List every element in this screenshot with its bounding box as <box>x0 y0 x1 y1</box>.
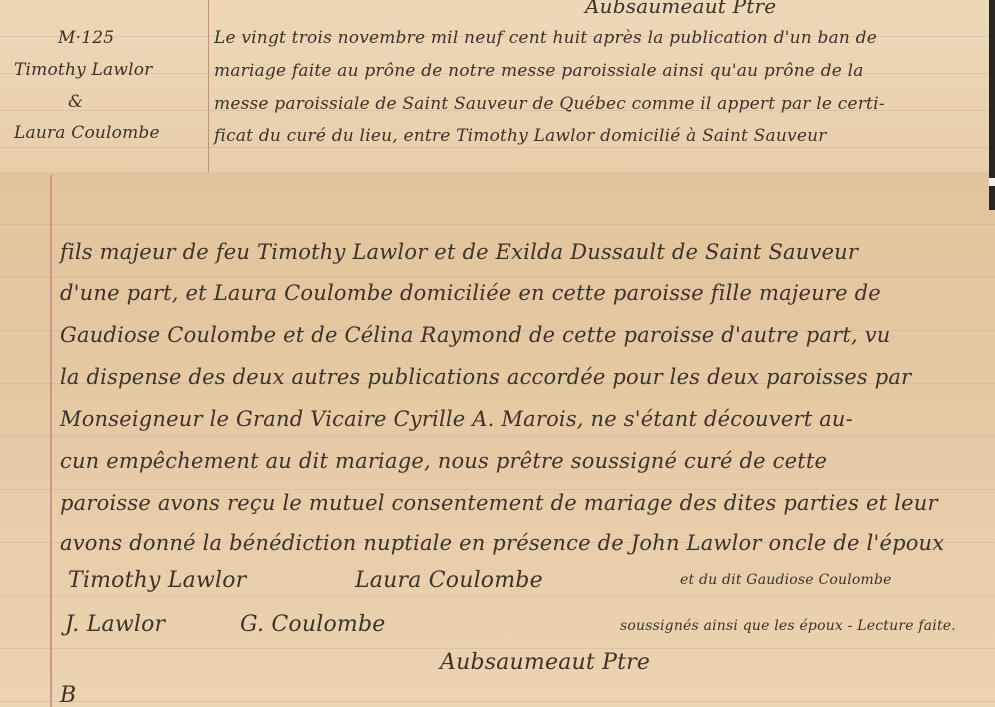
text-line: Le vingt trois novembre mil neuf cent hu… <box>214 28 877 48</box>
text-line: paroisse avons reçu le mutuel consenteme… <box>60 491 938 515</box>
header-signature: Aubsaumeaut Ptre <box>585 0 776 18</box>
witness-note: et du dit Gaudiose Coulombe <box>680 572 892 588</box>
scan-edge <box>989 0 995 210</box>
text-line: mariage faite au prône de notre messe pa… <box>214 61 864 81</box>
margin-rule-main <box>50 175 52 707</box>
text-line: la dispense des deux autres publications… <box>60 365 911 389</box>
signature-bride: Laura Coulombe <box>355 568 543 593</box>
text-line: Monseigneur le Grand Vicaire Cyrille A. … <box>60 407 853 431</box>
signature-groom: Timothy Lawlor <box>68 568 246 593</box>
margin-conjunction: & <box>68 92 83 112</box>
text-line: fils majeur de feu Timothy Lawlor et de … <box>60 240 858 264</box>
text-line: cun empêchement au dit mariage, nous prê… <box>60 449 827 473</box>
text-line: avons donné la bénédiction nuptiale en p… <box>60 531 944 555</box>
text-line: ficat du curé du lieu, entre Timothy Law… <box>214 126 827 146</box>
margin-groom-name: Timothy Lawlor <box>14 60 153 80</box>
signature-witness-1: J. Lawlor <box>65 612 165 637</box>
next-entry-start: B <box>60 683 76 707</box>
scanned-register-page: Aubsaumeaut Ptre M·125 Timothy Lawlor & … <box>0 0 995 707</box>
text-line: Gaudiose Coulombe et de Célina Raymond d… <box>60 323 891 347</box>
margin-bride-name: Laura Coulombe <box>14 123 160 143</box>
margin-rule-top <box>208 0 209 172</box>
record-number: M·125 <box>58 28 114 48</box>
closing-note: soussignés ainsi que les époux - Lecture… <box>620 618 956 634</box>
priest-signature: Aubsaumeaut Ptre <box>440 650 650 675</box>
previous-page-strip <box>0 0 990 172</box>
signature-witness-2: G. Coulombe <box>240 612 385 637</box>
text-line: d'une part, et Laura Coulombe domiciliée… <box>60 281 881 305</box>
text-line: messe paroissiale de Saint Sauveur de Qu… <box>214 94 885 114</box>
